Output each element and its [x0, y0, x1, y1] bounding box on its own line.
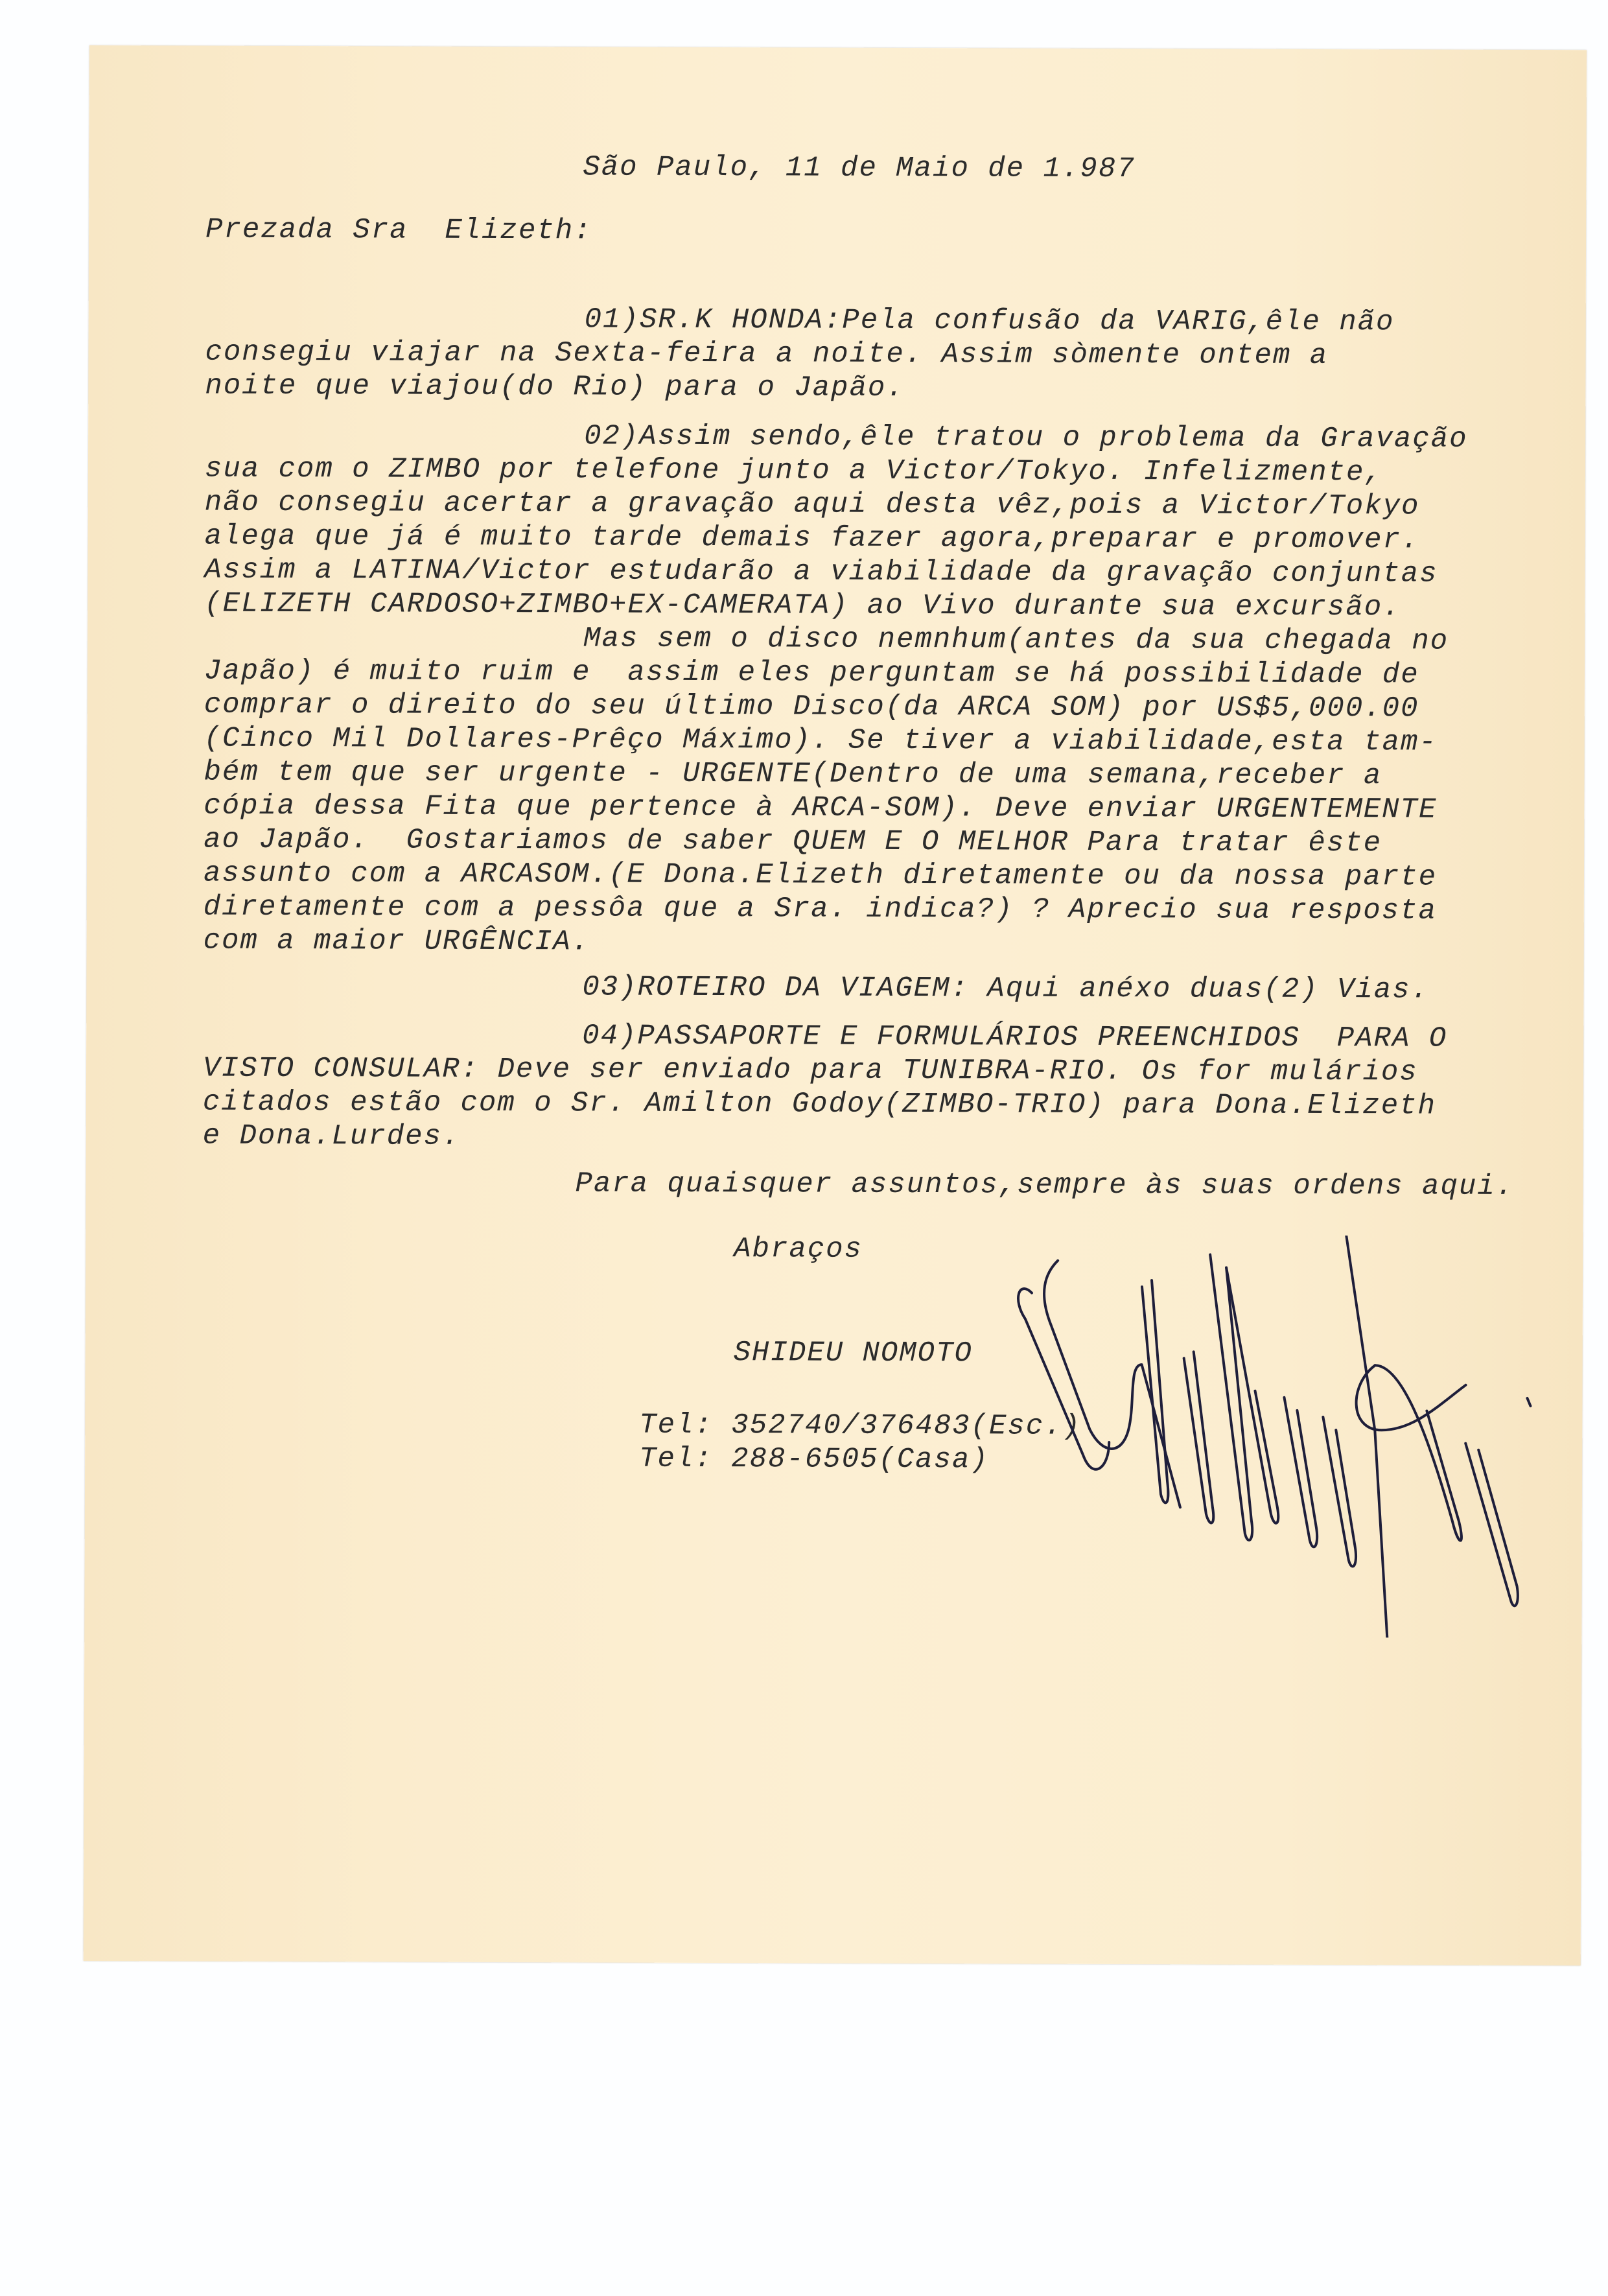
paragraph-line: Assim a LATINA/Victor estudarão a viabil…	[204, 554, 1438, 591]
paragraph-03: 03)ROTEIRO DA VIAGEM: Aqui anéxo duas(2)…	[203, 970, 1564, 1013]
closing: Abraços	[734, 1232, 863, 1267]
paragraph-line: e Dona.Lurdes.	[203, 1119, 461, 1154]
paragraph-line: com a maior URGÊNCIA.	[204, 924, 590, 959]
place-date: São Paulo, 11 de Maio de 1.987	[583, 150, 1135, 186]
paragraph-line: 02)Assim sendo,êle tratou o problema da …	[584, 419, 1468, 456]
paragraph-line: 01)SR.K HONDA:Pela confusão da VARIG,êle…	[585, 303, 1395, 339]
paragraph-line: sua com o ZIMBO por telefone junto a Vic…	[205, 452, 1383, 490]
paragraph-line: VISTO CONSULAR: Deve ser enviado para TU…	[203, 1052, 1418, 1090]
signatory-name: SHIDEU NOMOTO	[734, 1336, 973, 1370]
paragraph-line: consegiu viajar na Sexta-feira a noite. …	[205, 336, 1328, 373]
paragraph-line: (Cinco Mil Dollares-Prêço Máximo). Se ti…	[204, 722, 1438, 760]
paragraph-line: não consegiu acertar a gravação aqui des…	[205, 486, 1420, 524]
paragraph-line: bém tem que ser urgente - URGENTE(Dentro…	[204, 756, 1382, 793]
paragraph-line: 04)PASSAPORTE E FORMULÁRIOS PREENCHIDOS …	[582, 1019, 1447, 1055]
paragraph-02: 02)Assim sendo,êle tratou o problema da …	[203, 419, 1566, 981]
paragraph-line: diretamente com a pessôa que a Sra. indi…	[204, 891, 1437, 928]
paragraph-line: cópia dessa Fita que pertence à ARCA-SOM…	[204, 790, 1437, 827]
paragraph-line: Japão) é muito ruim e assim eles pergunt…	[204, 655, 1419, 692]
closing-line: Para quaisquer assuntos,sempre às suas o…	[575, 1167, 1514, 1204]
paragraph-line: citados estão com o Sr. Amilton Godoy(ZI…	[203, 1086, 1436, 1123]
salutation: Prezada Sra Elizeth:	[205, 213, 592, 248]
letter-paper: São Paulo, 11 de Maio de 1.987 Prezada S…	[84, 45, 1587, 1965]
paragraph-04: 04)PASSAPORTE E FORMULÁRIOS PREENCHIDOS …	[203, 1018, 1565, 1166]
paragraph-line: assunto com a ARCASOM.(E Dona.Elizeth di…	[204, 857, 1437, 895]
paragraph-line: Mas sem o disco nemnhum(antes da sua che…	[583, 622, 1449, 658]
paragraph-line: 03)ROTEIRO DA VIAGEM: Aqui anéxo duas(2)…	[582, 970, 1429, 1007]
paragraph-01: 01)SR.K HONDA:Pela confusão da VARIG,êle…	[205, 302, 1567, 417]
phone-home: Tel: 288-6505(Casa)	[639, 1442, 989, 1477]
paragraph-line: comprar o direito do seu último Disco(da…	[204, 688, 1419, 726]
paragraph-line: alega que já é muito tarde demais fazer …	[205, 520, 1420, 557]
handwritten-signature	[1011, 1234, 1583, 1638]
paragraph-line: ao Japão. Gostariamos de saber QUEM E O …	[204, 823, 1382, 861]
paragraph-line: noite que viajou(do Rio) para o Japão.	[205, 369, 905, 405]
paragraph-line: (ELIZETH CARDOSO+ZIMBO+EX-CAMERATA) ao V…	[204, 587, 1401, 625]
